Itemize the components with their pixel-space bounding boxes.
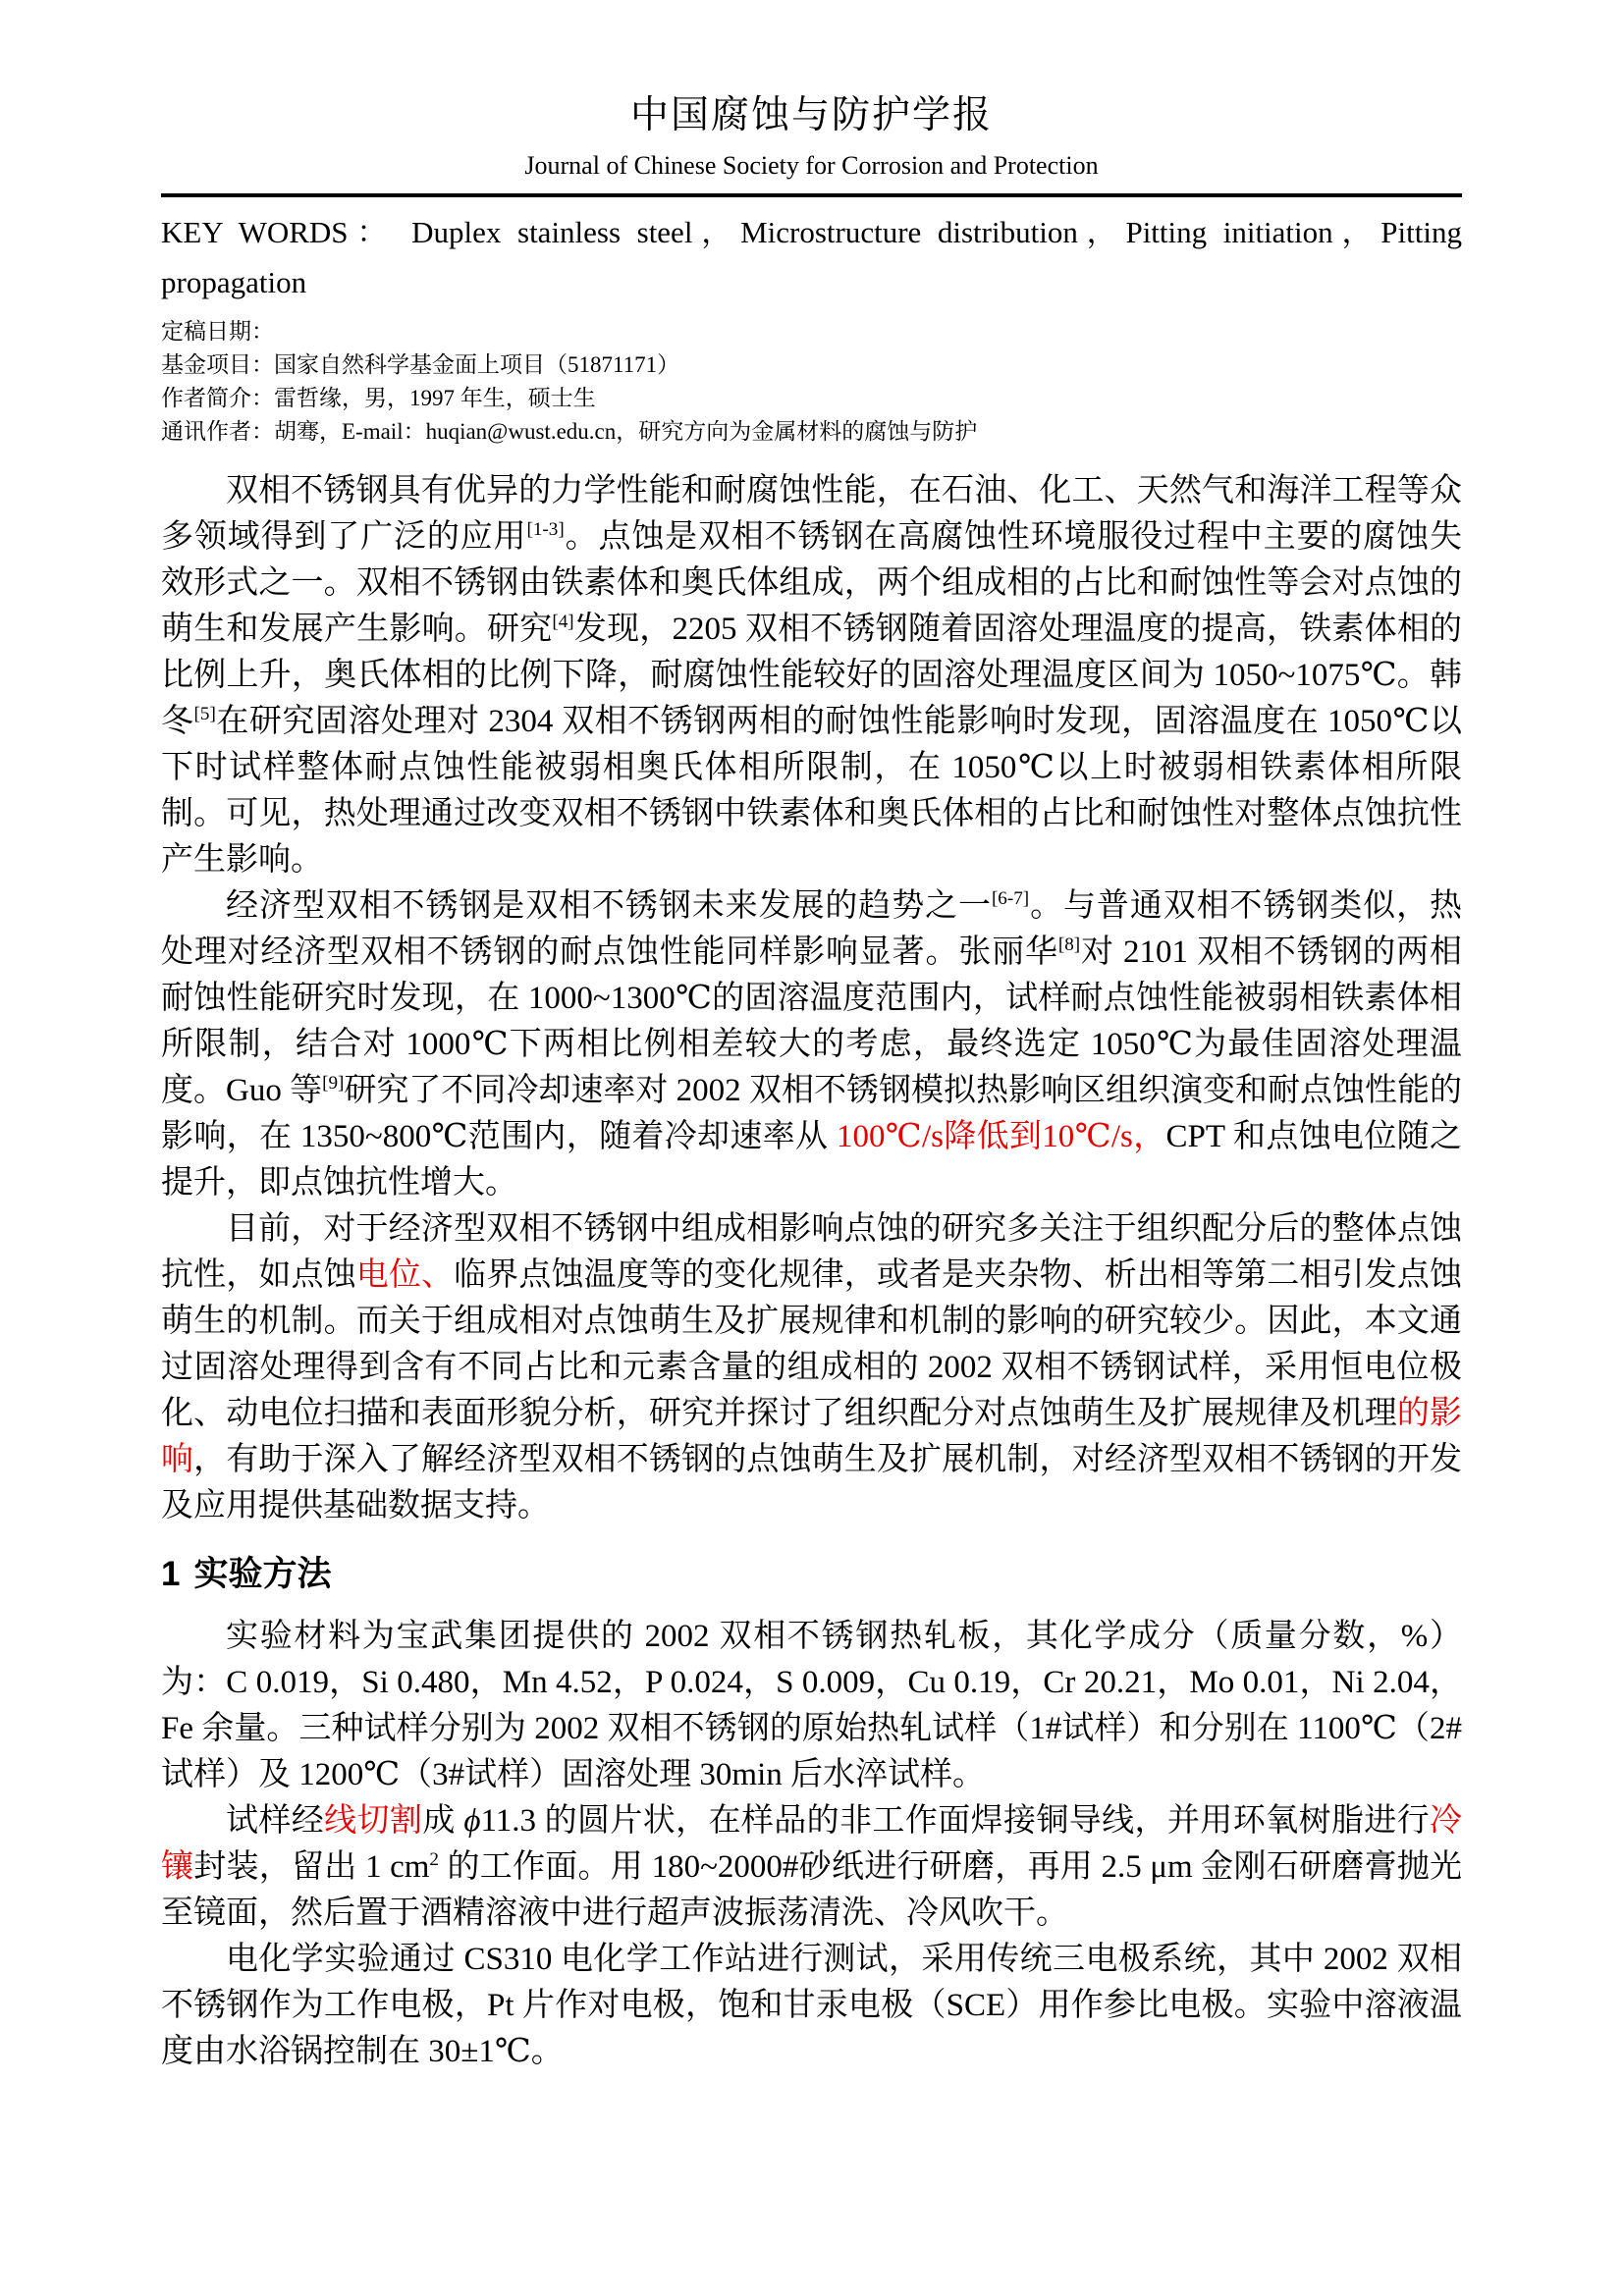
meta-line-finalized-date: 定稿日期：	[161, 315, 1462, 348]
journal-title-en: Journal of Chinese Society for Corrosion…	[161, 151, 1462, 181]
document-page: 中国腐蚀与防护学报 Journal of Chinese Society for…	[0, 0, 1623, 2296]
meta-line-fund-project: 基金项目：国家自然科学基金面上项目（51871171）	[161, 348, 1462, 382]
intro-paragraph-2: 经济型双相不锈钢是双相不锈钢未来发展的趋势之一[6-7]。与普通双相不锈钢类似，…	[161, 883, 1462, 1206]
meta-line-corresponding-author: 通讯作者：胡骞，E-mail：huqian@wust.edu.cn，研究方向为金…	[161, 415, 1462, 449]
method-paragraph-3: 电化学实验通过 CS310 电化学工作站进行测试，采用传统三电极系统，其中 20…	[161, 1937, 1462, 2075]
header-divider	[161, 193, 1462, 197]
article-body: 双相不锈钢具有优异的力学性能和耐腐蚀性能，在石油、化工、天然气和海洋工程等众多领…	[161, 468, 1462, 2075]
keywords-line: KEY WORDS：Duplex stainless steel，Microst…	[161, 207, 1462, 307]
section-title: 实验方法	[193, 1555, 331, 1593]
section-heading-experimental-method: 1实验方法	[161, 1553, 1462, 1596]
method-paragraph-2: 试样经线切割成 ϕ11.3 的圆片状，在样品的非工作面焊接铜导线，并用环氧树脂进…	[161, 1798, 1462, 1937]
method-paragraph-1: 实验材料为宝武集团提供的 2002 双相不锈钢热轧板，其化学成分（质量分数，%）…	[161, 1614, 1462, 1798]
intro-paragraph-3: 目前，对于经济型双相不锈钢中组成相影响点蚀的研究多关注于组织配分后的整体点蚀抗性…	[161, 1206, 1462, 1529]
manuscript-meta: 定稿日期： 基金项目：国家自然科学基金面上项目（51871171） 作者简介：雷…	[161, 315, 1462, 449]
keywords-label: KEY WORDS：	[161, 215, 396, 249]
meta-line-author-bio: 作者简介：雷哲缘，男，1997 年生，硕士生	[161, 382, 1462, 415]
intro-paragraph-1: 双相不锈钢具有优异的力学性能和耐腐蚀性能，在石油、化工、天然气和海洋工程等众多领…	[161, 468, 1462, 883]
journal-title-zh: 中国腐蚀与防护学报	[161, 94, 1462, 137]
journal-header: 中国腐蚀与防护学报 Journal of Chinese Society for…	[161, 0, 1462, 197]
section-number: 1	[161, 1555, 180, 1593]
